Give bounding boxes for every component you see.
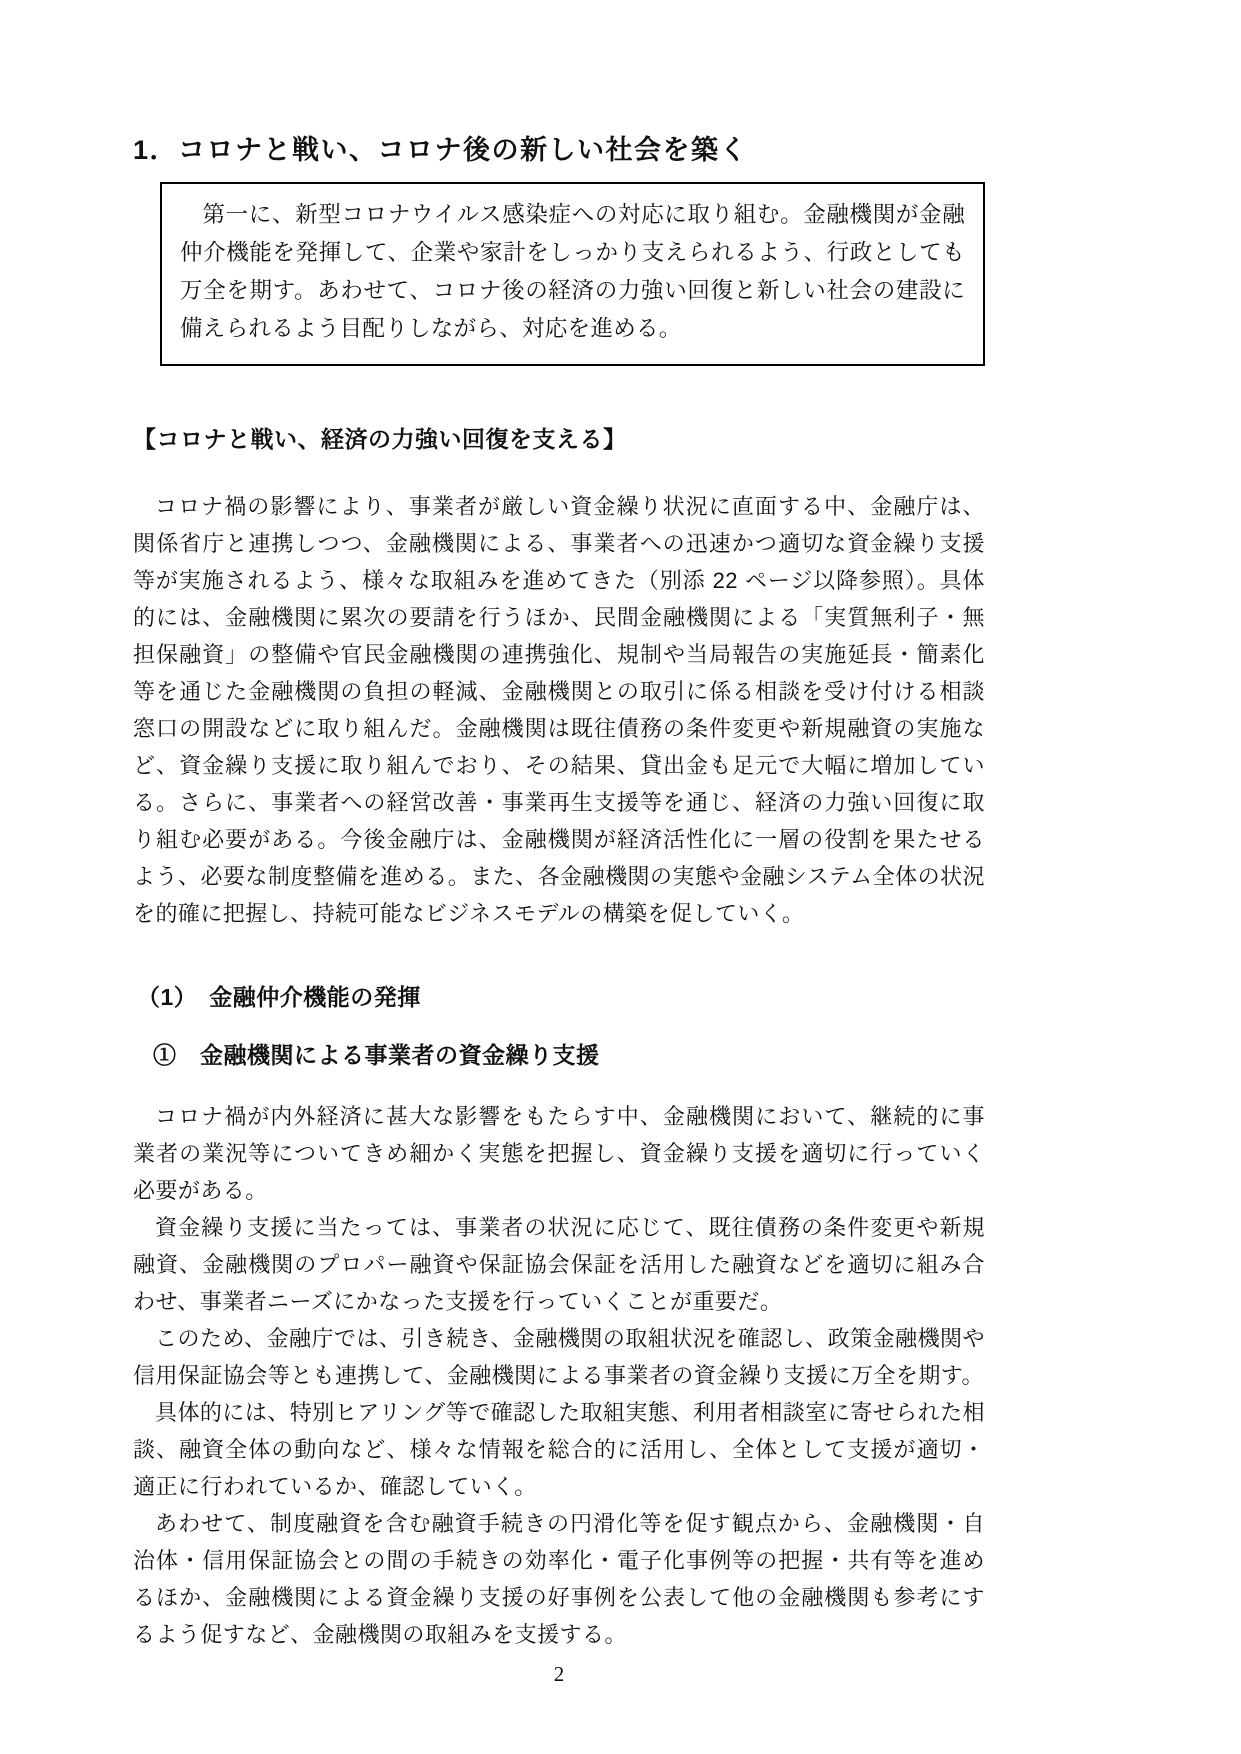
section-heading: 【コロナと戦い、経済の力強い回復を支える】 — [133, 424, 985, 454]
summary-box-text: 第一に、新型コロナウイルス感染症への対応に取り組む。金融機関が金融仲介機能を発揮… — [180, 196, 965, 348]
page-number: 2 — [133, 1659, 985, 1689]
body-paragraph-4: 具体的には、特別ヒアリング等で確認した取組実態、利用者相談室に寄せられた相談、融… — [133, 1394, 985, 1505]
item-heading: ① 金融機関による事業者の資金繰り支援 — [153, 1040, 985, 1070]
body-paragraph-1: コロナ禍が内外経済に甚大な影響をもたらす中、金融機関において、継続的に事業者の業… — [133, 1098, 985, 1209]
body-paragraph-2: 資金繰り支援に当たっては、事業者の状況に応じて、既往債務の条件変更や新規融資、金… — [133, 1209, 985, 1320]
summary-box: 第一に、新型コロナウイルス感染症への対応に取り組む。金融機関が金融仲介機能を発揮… — [160, 182, 985, 366]
body-paragraph-3: このため、金融庁では、引き続き、金融機関の取組状況を確認し、政策金融機関や信用保… — [133, 1320, 985, 1394]
subsection-heading: （1） 金融仲介機能の発揮 — [137, 982, 985, 1012]
document-page: 1．コロナと戦い、コロナ後の新しい社会を築く 第一に、新型コロナウイルス感染症へ… — [0, 0, 1241, 1754]
body-paragraph-5: あわせて、制度融資を含む融資手続きの円滑化等を促す観点から、金融機関・自治体・信… — [133, 1505, 985, 1653]
intro-paragraph: コロナ禍の影響により、事業者が厳しい資金繰り状況に直面する中、金融庁は、関係省庁… — [133, 488, 985, 932]
page-title: 1．コロナと戦い、コロナ後の新しい社会を築く — [133, 130, 985, 170]
